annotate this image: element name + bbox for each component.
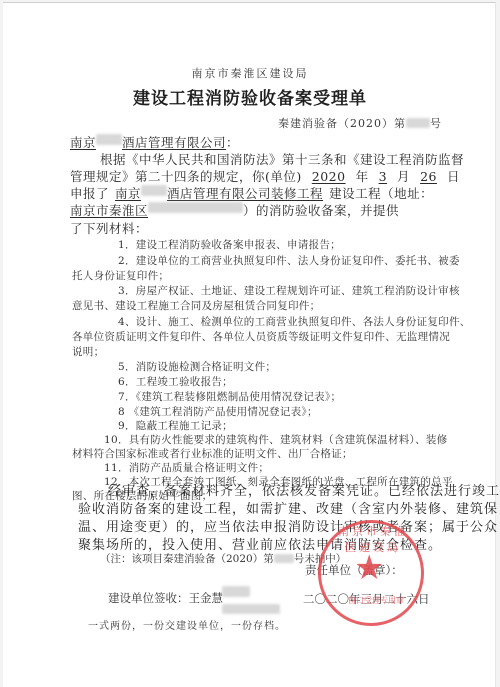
body-line-5: 了下列材料：	[70, 219, 148, 237]
note-prefix: （注：该项目秦建消验备（2020）第	[100, 553, 274, 565]
project-prefix: 南京	[115, 186, 141, 201]
handwritten-phone: 17xxxxxxxx7	[222, 603, 280, 616]
redacted-company: 某某	[96, 134, 122, 145]
addressee-prefix: 南京	[70, 135, 96, 150]
doc-number-suffix: 号	[430, 117, 442, 130]
handwritten-signature: 王金慧	[222, 586, 250, 601]
project-name: 南京某某酒店管理有限公司装修工程	[109, 186, 329, 201]
material-item-10: 10．具有防火性能要求的建筑构件、建筑材料（含建筑保温材料）、装修	[104, 432, 448, 447]
material-item-6: 6．工程竣工验收报告；	[118, 374, 233, 389]
redacted-note-number: 022	[274, 554, 294, 563]
body-line-2: 管理规定》第二十四条的规定，你(单位)2020年3月26日	[70, 167, 460, 185]
conclusion-line-3: 温、用途变更）的，应当依法申报消防设计审核或者备案；属于公众	[78, 516, 498, 535]
material-item-4: 4、设计、施工、检测单位的工商营业执照复印件、各法人身份证复印件、	[118, 314, 471, 329]
material-item-2: 2．建设单位的工商营业执照复印件、法人身份证复印件、委托书、被委	[118, 253, 460, 268]
addressee: 南京某某酒店管理有限公司：	[70, 133, 239, 151]
conclusion-line-2: 验收消防备案的建设工程，如需扩建、改建（含室内外装修、建筑保	[78, 498, 498, 517]
day-label: 日	[447, 169, 460, 184]
material-item-5: 5．消防设施检测合格证明文件；	[118, 359, 276, 374]
issuing-agency: 南京市秦淮区建设局	[0, 65, 500, 81]
material-item-4-cont: 各单位资质证明文件复印件、各单位人员资质等级证明文件复印件、无监理情况	[72, 329, 450, 344]
submission-day: 26	[410, 169, 447, 184]
redacted-signature: 王金慧	[222, 586, 250, 597]
project-suffix: 酒店管理有限公司装修工程	[167, 186, 323, 201]
material-item-11: 11．消防产品质量合格证明文件；	[104, 460, 269, 475]
body-line-1: 根据《中华人民共和国消防法》第十三条和《建设工程消防监督	[100, 150, 464, 168]
addressee-suffix: 酒店管理有限公司	[122, 135, 226, 150]
month-label: 月	[397, 169, 410, 184]
redacted-project: 某某	[141, 185, 167, 196]
project-address: 南京市秦淮区某某路某号	[70, 203, 243, 218]
body-line-3: 申报了南京某某酒店管理有限公司装修工程建设工程（地址：	[70, 184, 433, 202]
addressee-name: 南京某某酒店管理有限公司	[70, 135, 226, 150]
material-item-10-cont: 材料符合国家标准或者行业标准的证明文件、出厂合格证；	[72, 446, 353, 461]
material-item-7: 7．《建筑工程装修阻燃制品使用情况登记表》；	[118, 389, 341, 404]
document-title: 建设工程消防验收备案受理单	[0, 84, 500, 109]
copies-note: 一式两份，一份交建设单位，一份存档。	[88, 617, 286, 632]
submission-month: 3	[369, 169, 397, 184]
material-item-8: 8 《建筑工程消防产品使用情况登记表》；	[118, 404, 318, 419]
redacted-phone: 17xxxxxxxx7	[222, 604, 280, 614]
material-item-9: 9．隐蔽工程施工记录；	[118, 418, 233, 433]
submission-year: 2020	[302, 169, 356, 184]
colon: ：	[226, 135, 239, 150]
seal-star-icon: ★	[354, 548, 384, 588]
material-item-3-cont: 意见书、建设工程施工合同及房屋租赁合同复印件；	[72, 298, 320, 313]
body-line-4: 南京市秦淮区某某路某号）的消防验收备案，并提供	[70, 201, 399, 219]
material-item-3: 3．房屋产权证、土地证、建设工程规划许可证、建筑工程消防设计审核	[118, 283, 460, 298]
material-item-4-cont2: 说明；	[72, 344, 104, 359]
declared-label: 申报了	[70, 186, 109, 201]
doc-number-prefix: 秦建消验备（2020）第	[278, 117, 406, 130]
seal-window-text: 窗口受理专用章	[336, 595, 416, 606]
body-line-4-text: ）的消防验收备案，并提供	[243, 203, 399, 218]
document-number: 秦建消验备（2020）第022号	[278, 115, 442, 131]
address-label: 建设工程（地址：	[329, 186, 433, 201]
signer-label: 建设单位签收：王金慧	[108, 590, 223, 606]
redacted-address: 某某路某号	[148, 202, 243, 213]
material-item-2-cont: 托人身份证复印件；	[72, 268, 169, 283]
material-item-1: 1．建设工程消防验收备案申报表、申请报告；	[118, 237, 341, 252]
redacted-doc-number: 022	[406, 118, 430, 128]
regulation-text: 管理规定》第二十四条的规定，你(单位)	[70, 169, 302, 184]
address-prefix: 南京市秦淮区	[70, 203, 148, 218]
conclusion-line-1: 经审查，备案材料齐全，依法核发备案凭证。已经依法进行竣工	[108, 480, 500, 499]
year-label: 年	[356, 169, 369, 184]
